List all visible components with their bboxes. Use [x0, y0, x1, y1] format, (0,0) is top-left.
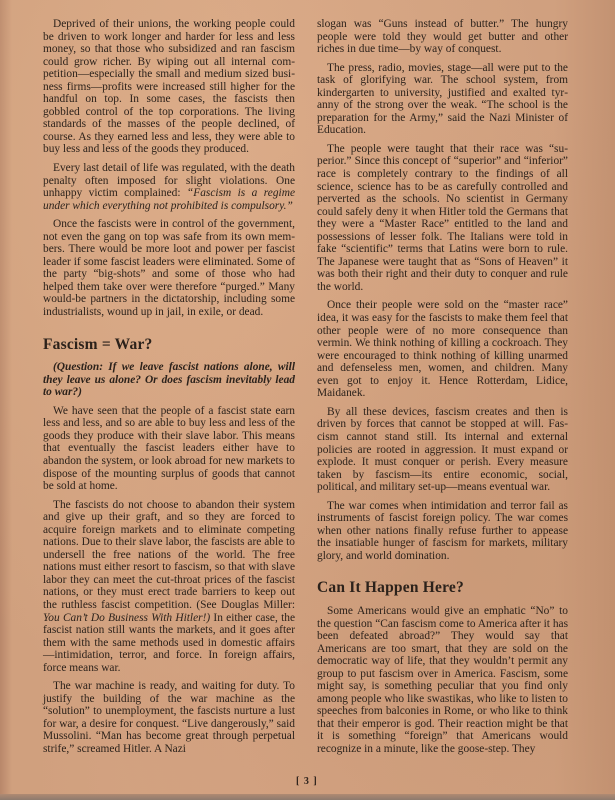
paragraph-markets-intro: We have seen that the people of a fascis… — [43, 405, 295, 493]
right-column: slogan was “Guns instead of butter.” The… — [317, 18, 568, 762]
book-title: You Can’t Do Business With Hitler!) — [43, 612, 210, 624]
section-heading-fascism-war: Fascism = War? — [43, 339, 295, 352]
paragraph-regulated: Every last detail of life was regulated,… — [43, 162, 295, 212]
section-question: (Question: If we leave fascist nations a… — [43, 361, 295, 399]
paragraph-war-machine: The war machine is ready, and waiting fo… — [43, 680, 295, 755]
paragraph-press: The press, radio, movies, stage—all were… — [317, 62, 568, 137]
left-column: Deprived of their unions, the working pe… — [43, 18, 295, 762]
paragraph-master-race: The people were taught that their race w… — [317, 143, 568, 294]
markets-text-before: The fascists do not choose to abandon th… — [43, 499, 295, 611]
paragraph-purged: Once the fascists were in control of the… — [43, 218, 295, 318]
paragraph-continuation: slogan was “Guns instead of butter.” The… — [317, 18, 568, 56]
section-heading-can-it-happen: Can It Happen Here? — [317, 582, 568, 595]
document-page: Deprived of their unions, the working pe… — [0, 0, 615, 800]
paragraph-americans: Some Americans would give an emphatic “N… — [317, 605, 568, 756]
paragraph-devices: By all these devices, fascism creates an… — [317, 406, 568, 494]
paragraph-unions: Deprived of their unions, the working pe… — [43, 18, 295, 156]
paragraph-foreign-markets: The fascists do not choose to abandon th… — [43, 499, 295, 675]
paragraph-vermin: Once their people were sold on the “mast… — [317, 299, 568, 399]
paragraph-war-comes: The war comes when intimidation and terr… — [317, 500, 568, 563]
page-number: [ 3 ] — [296, 776, 318, 787]
